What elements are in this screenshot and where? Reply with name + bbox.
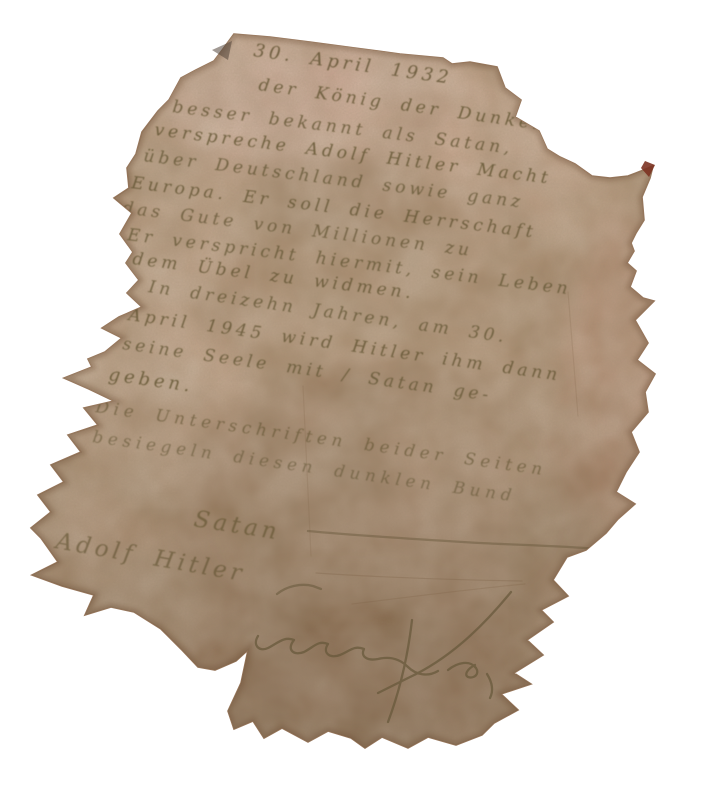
torn-note-canvas: 30. April 1932 der König der Dunkelheit … (0, 0, 708, 787)
photo-of-torn-note: 30. April 1932 der König der Dunkelheit … (0, 0, 708, 787)
